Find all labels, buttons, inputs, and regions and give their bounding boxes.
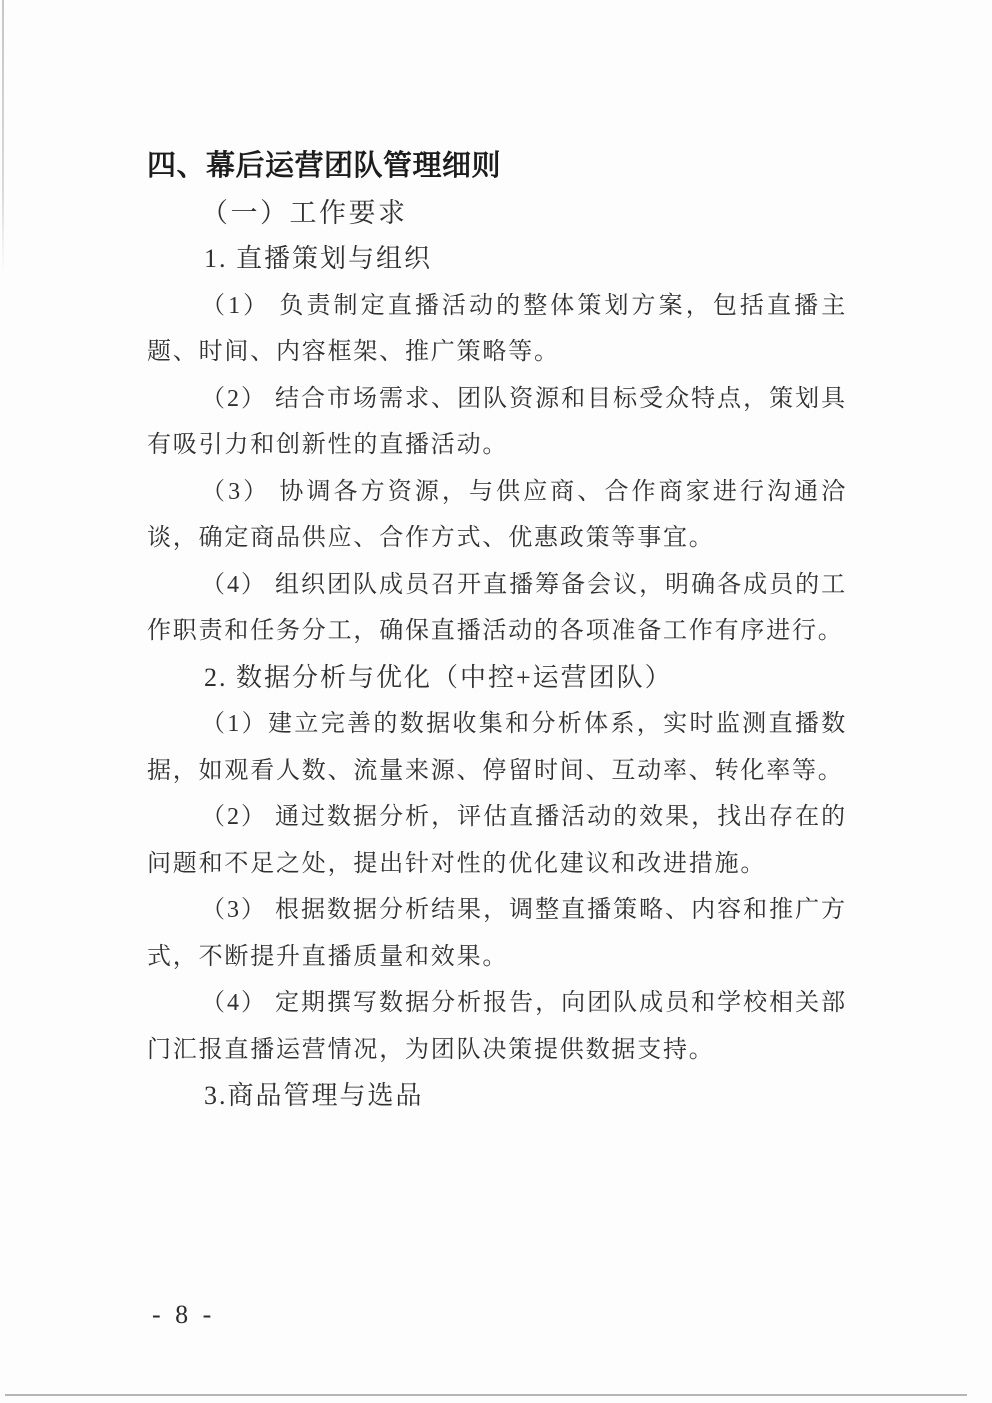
paragraph: 3.商品管理与选品 (147, 1073, 847, 1120)
document-content: 四、幕后运营团队管理细则 （一）工作要求1. 直播策划与组织（1） 负责制定直播… (147, 143, 847, 1120)
scan-artifact-left-edge (2, 0, 4, 272)
paragraph: 2. 数据分析与优化（中控+运营团队） (147, 655, 847, 702)
paragraph: （4） 组织团队成员召开直播筹备会议，明确各成员的工作职责和任务分工，确保直播活… (147, 562, 847, 655)
paragraph: （4） 定期撰写数据分析报告，向团队成员和学校相关部门汇报直播运营情况，为团队决… (147, 980, 847, 1073)
section-heading: 四、幕后运营团队管理细则 (147, 143, 847, 190)
paragraph: （3） 根据数据分析结果，调整直播策略、内容和推广方式，不断提升直播质量和效果。 (147, 887, 847, 980)
scan-artifact-bottom-edge (5, 1394, 967, 1396)
paragraph: （3） 协调各方资源，与供应商、合作商家进行沟通洽谈，确定商品供应、合作方式、优… (147, 469, 847, 562)
paragraph: （1） 负责制定直播活动的整体策划方案，包括直播主题、时间、内容框架、推广策略等… (147, 283, 847, 376)
paragraph: 1. 直播策划与组织 (147, 236, 847, 283)
page-number: - 8 - (152, 1300, 215, 1330)
paragraph: （一）工作要求 (147, 190, 847, 237)
paragraph-list: （一）工作要求1. 直播策划与组织（1） 负责制定直播活动的整体策划方案，包括直… (147, 190, 847, 1120)
document-page: 四、幕后运营团队管理细则 （一）工作要求1. 直播策划与组织（1） 负责制定直播… (0, 0, 992, 1403)
paragraph: （2） 结合市场需求、团队资源和目标受众特点，策划具有吸引力和创新性的直播活动。 (147, 376, 847, 469)
paragraph: （1）建立完善的数据收集和分析体系，实时监测直播数据，如观看人数、流量来源、停留… (147, 701, 847, 794)
paragraph: （2） 通过数据分析，评估直播活动的效果，找出存在的问题和不足之处，提出针对性的… (147, 794, 847, 887)
